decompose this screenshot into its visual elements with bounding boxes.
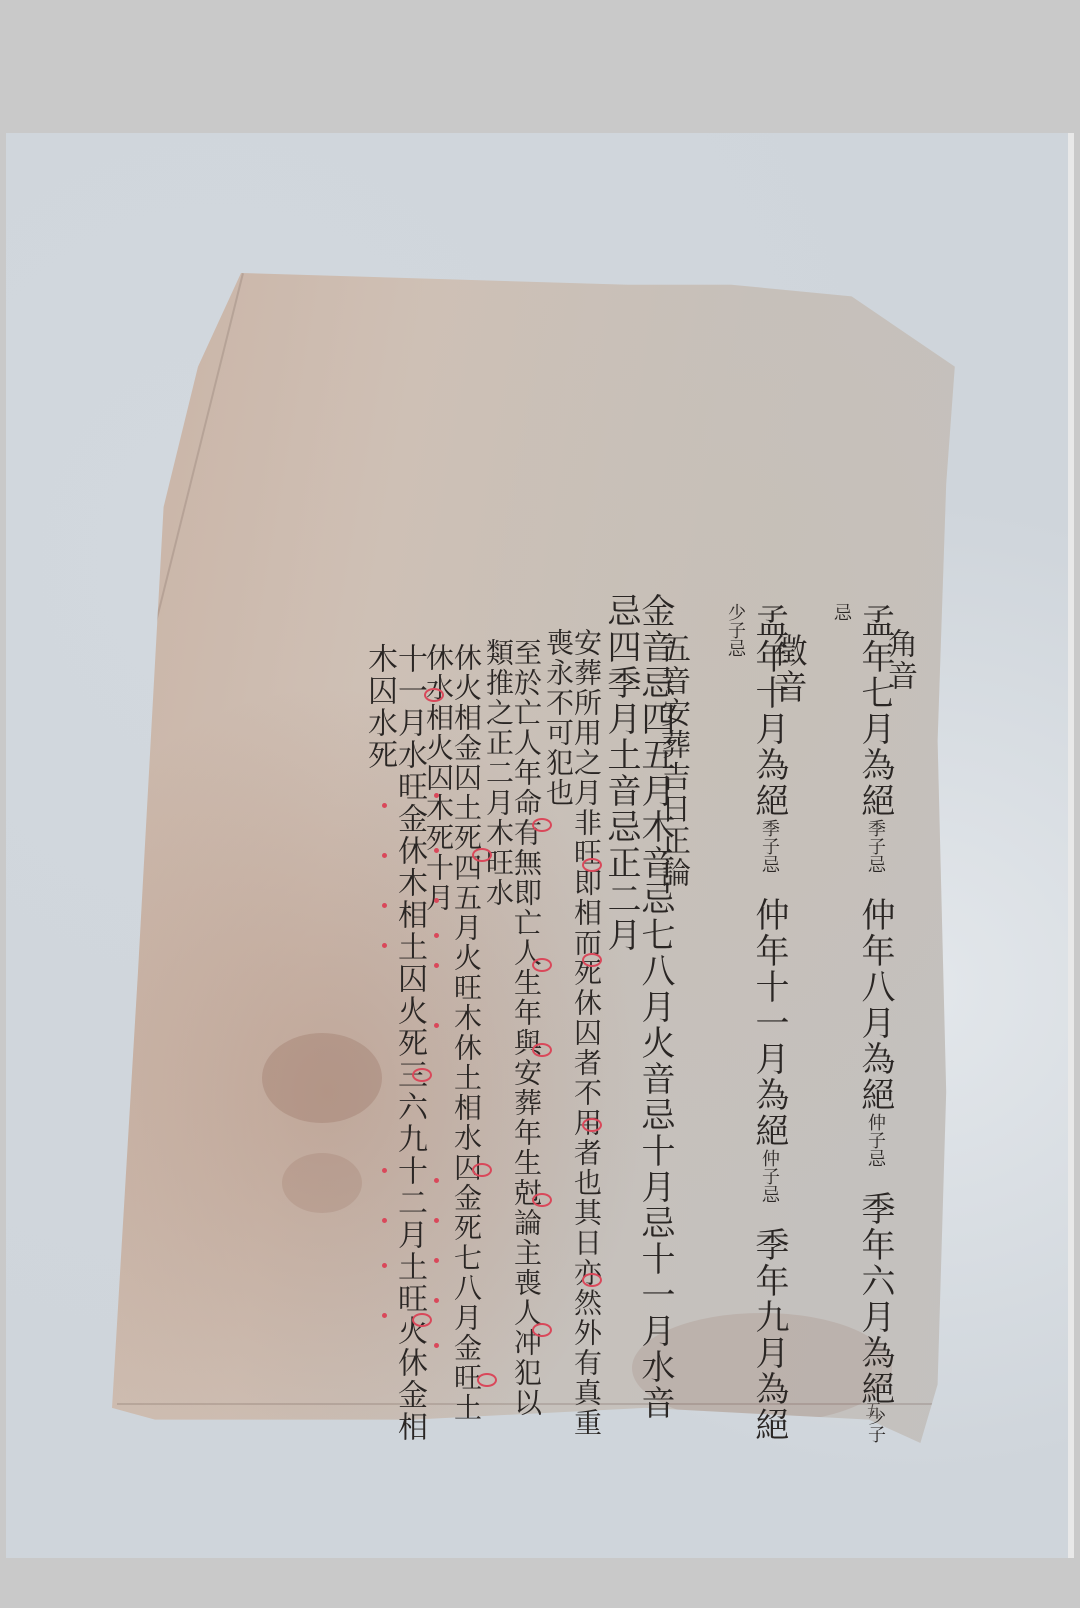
red-punctuation-dot — [382, 1263, 387, 1268]
red-punctuation-mark — [424, 688, 444, 702]
column-segment: 金音忌四五月木音忌七八月火音忌十月忌十一月水音忌四季月土音忌正二月 — [601, 593, 675, 1421]
text-column-6: 安葬所用之月非旺即相而死休囚者不用者也其日亦然外有真重喪永不可犯也 — [544, 628, 600, 1443]
red-punctuation-dot — [382, 1218, 387, 1223]
manuscript-page: 角音 孟年七月為絕季子忌仲年八月為絕仲子忌季年六月為絕少子忌 徵音 孟年十月為絕… — [112, 273, 972, 1443]
red-punctuation-dot — [434, 1218, 439, 1223]
column-segment: 至於亡人年命有無即亡人生年與安葬年生尅論主喪人冲犯以類推之正二月木旺水 — [482, 638, 543, 1418]
red-punctuation-mark — [532, 958, 552, 972]
red-punctuation-mark — [412, 1068, 432, 1082]
red-punctuation-mark — [582, 953, 602, 967]
red-punctuation-mark — [582, 858, 602, 872]
annotation-note: 仲子忌 — [759, 1149, 780, 1203]
red-punctuation-dot — [382, 1168, 387, 1173]
red-punctuation-mark — [412, 1313, 432, 1327]
photo-mount-background: 角音 孟年七月為絕季子忌仲年八月為絕仲子忌季年六月為絕少子忌 徵音 孟年十月為絕… — [6, 133, 1074, 1558]
red-punctuation-dot — [434, 898, 439, 903]
annotation-note: 季子忌 — [865, 819, 886, 873]
red-punctuation-dot — [434, 933, 439, 938]
red-punctuation-dot — [434, 1298, 439, 1303]
column-segment: 季年九月為絕 — [749, 1227, 789, 1443]
column-segment: 孟年十月為絕 — [749, 603, 789, 819]
red-punctuation-dot — [382, 803, 387, 808]
text-column-8: 休火相金囚土死四五月火旺木休土相水囚金死七八月金旺土休水相火囚木死十月 — [424, 643, 480, 1443]
red-punctuation-mark — [532, 1323, 552, 1337]
text-columns: 角音 孟年七月為絕季子忌仲年八月為絕仲子忌季年六月為絕少子忌 徵音 孟年十月為絕… — [112, 273, 972, 1443]
corner-page-mark: 五 — [864, 1401, 880, 1419]
text-column-5: 金音忌四五月木音忌七八月火音忌十月忌十一月水音忌四季月土音忌正二月 — [604, 593, 672, 1443]
red-punctuation-dot — [382, 943, 387, 948]
red-punctuation-mark — [477, 1373, 497, 1387]
red-punctuation-mark — [532, 1193, 552, 1207]
column-segment: 孟年七月為絕 — [855, 603, 895, 819]
red-punctuation-dot — [434, 848, 439, 853]
text-column-3: 孟年十月為絕季子忌仲年十一月為絕仲子忌季年九月為絕少子忌 — [718, 603, 786, 1443]
column-segment: 仲年十一月為絕 — [749, 897, 789, 1149]
red-punctuation-mark — [582, 1273, 602, 1287]
red-punctuation-mark — [532, 818, 552, 832]
red-punctuation-mark — [472, 848, 492, 862]
annotation-note: 少子忌 — [725, 603, 746, 657]
annotation-note: 季子忌 — [759, 819, 780, 873]
text-column-1: 孟年七月為絕季子忌仲年八月為絕仲子忌季年六月為絕少子忌 — [824, 603, 892, 1443]
text-column-7: 至於亡人年命有無即亡人生年與安葬年生尅論主喪人冲犯以類推之正二月木旺水 — [484, 638, 540, 1443]
column-segment: 仲年八月為絕 — [855, 897, 895, 1113]
red-punctuation-dot — [434, 963, 439, 968]
column-segment: 休火相金囚土死四五月火旺木休土相水囚金死七八月金旺土休水相火囚木死十月 — [422, 643, 483, 1423]
red-punctuation-dot — [434, 1343, 439, 1348]
annotation-note: 仲子忌 — [865, 1113, 886, 1167]
red-punctuation-dot — [382, 903, 387, 908]
red-punctuation-mark — [532, 1043, 552, 1057]
red-punctuation-dot — [434, 1023, 439, 1028]
red-punctuation-dot — [434, 1178, 439, 1183]
red-punctuation-dot — [434, 793, 439, 798]
red-punctuation-dot — [434, 1258, 439, 1263]
red-punctuation-mark — [582, 1118, 602, 1132]
red-punctuation-dot — [382, 853, 387, 858]
column-segment: 安葬所用之月非旺即相而死休囚者不用者也其日亦然外有真重喪永不可犯也 — [542, 628, 603, 1438]
column-segment: 季年六月為絕 — [855, 1191, 895, 1407]
red-punctuation-dot — [382, 1313, 387, 1318]
photo-edge — [1068, 133, 1074, 1558]
red-punctuation-mark — [472, 1163, 492, 1177]
